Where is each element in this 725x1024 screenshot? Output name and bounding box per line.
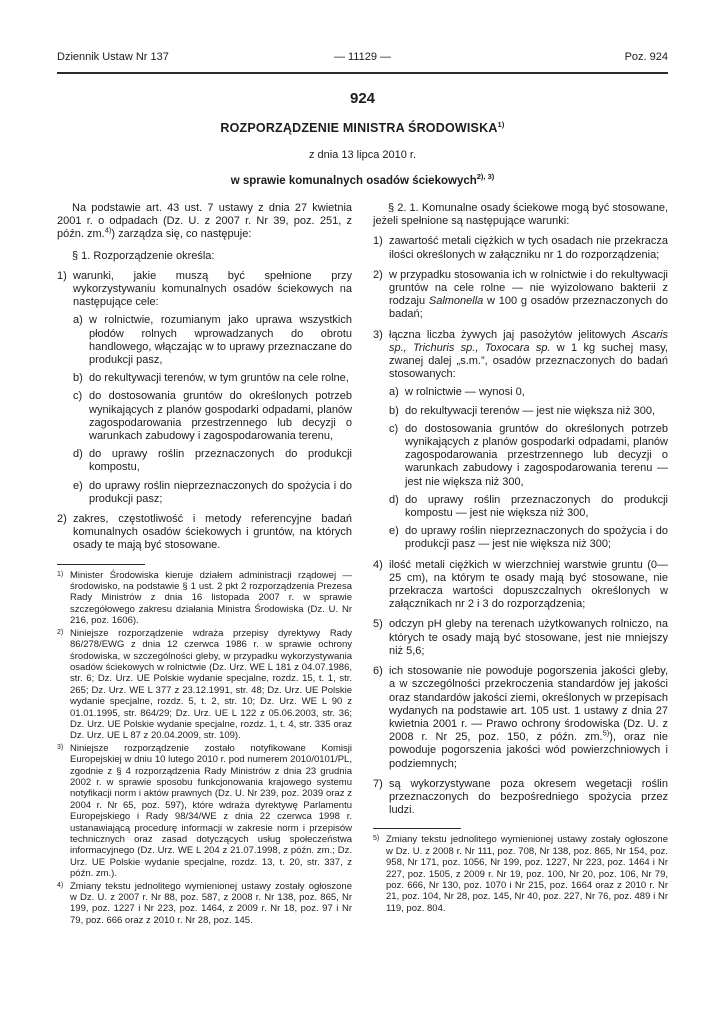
list-item-text: do dostosowania gruntów do określonych p…	[89, 390, 352, 443]
footnote-text: Niniejsze rozporządzenie zostało notyfik…	[70, 743, 352, 880]
list-marker: c)	[389, 423, 405, 489]
act-date: z dnia 13 lipca 2010 r.	[57, 149, 668, 161]
list-item-1c: c) do dostosowania gruntów do określonyc…	[73, 390, 352, 443]
list-item-text: w rolnictwie — wynosi 0,	[405, 386, 668, 399]
footnote-text: Zmiany tekstu jednolitego wymienionej us…	[70, 881, 352, 927]
list-item-text: warunki, jakie muszą być spełnione przy …	[73, 270, 352, 310]
footnote-text: Niniejsze rozporządzenie wdraża przepisy…	[70, 628, 352, 742]
condition-item-3a: a) w rolnictwie — wynosi 0,	[389, 386, 668, 399]
footnotes-right: 5) Zmiany tekstu jednolitego wymienionej…	[373, 828, 668, 914]
condition-item-3e: e) do uprawy roślin nieprzeznaczonych do…	[389, 525, 668, 551]
running-head: Dziennik Ustaw Nr 137 — 11129 — Poz. 924	[57, 51, 668, 64]
list-marker: 6)	[373, 665, 389, 771]
list-marker: 2)	[373, 269, 389, 322]
right-column: § 2. 1. Komunalne osady ściekowe mogą by…	[373, 202, 668, 914]
condition-item-6: 6) ich stosowanie nie powoduje pogorszen…	[373, 665, 668, 771]
footnote-5: 5) Zmiany tekstu jednolitego wymienionej…	[373, 834, 668, 914]
legal-basis-paragraph: Na podstawie art. 43 ust. 7 ustawy z dni…	[57, 202, 352, 242]
list-marker: b)	[389, 405, 405, 418]
document-page: Dziennik Ustaw Nr 137 — 11129 — Poz. 924…	[57, 0, 668, 926]
footnote-4: 4) Zmiany tekstu jednolitego wymienionej…	[57, 881, 352, 927]
footnote-1: 1) Minister Środowiska kieruje działem a…	[57, 570, 352, 627]
act-subject: w sprawie komunalnych osadów ściekowych2…	[57, 175, 668, 187]
list-marker: e)	[73, 480, 89, 506]
list-item-text: do uprawy roślin przeznaczonych do produ…	[89, 448, 352, 474]
list-item-1d: d) do uprawy roślin przeznaczonych do pr…	[73, 448, 352, 474]
page-number: — 11129 —	[334, 51, 391, 64]
condition-item-3d: d) do uprawy roślin przeznaczonych do pr…	[389, 494, 668, 520]
list-marker: 1)	[57, 270, 73, 310]
footnote-separator	[57, 564, 145, 565]
list-item-1b: b) do rekultywacji terenów, w tym gruntó…	[73, 372, 352, 385]
list-item-text: ich stosowanie nie powoduje pogorszenia …	[389, 665, 668, 771]
list-marker: 1)	[373, 235, 389, 261]
list-item-text: w rolnictwie, rozumianym jako uprawa wsz…	[89, 314, 352, 367]
list-item-text: do dostosowania gruntów do określonych p…	[405, 423, 668, 489]
list-marker: b)	[73, 372, 89, 385]
condition-item-3c: c) do dostosowania gruntów do określonyc…	[389, 423, 668, 489]
journal-name: Dziennik Ustaw Nr 137	[57, 51, 334, 64]
list-marker: 7)	[373, 778, 389, 818]
condition-item-2: 2) w przypadku stosowania ich w rolnictw…	[373, 269, 668, 322]
footnotes-left: 1) Minister Środowiska kieruje działem a…	[57, 564, 352, 927]
condition-item-3: 3) łączna liczba żywych jaj pasożytów je…	[373, 329, 668, 382]
list-marker: c)	[73, 390, 89, 443]
act-heading-footnote-ref: 1)	[498, 120, 505, 129]
list-item-1e: e) do uprawy roślin nieprzeznaczonych do…	[73, 480, 352, 506]
list-item-text: do rekultywacji terenów — jest nie więks…	[405, 405, 668, 418]
act-heading-text: ROZPORZĄDZENIE MINISTRA ŚRODOWISKA	[220, 121, 497, 135]
footnote-marker: 4)	[57, 880, 70, 926]
footnote-2: 2) Niniejsze rozporządzenie wdraża przep…	[57, 628, 352, 742]
act-heading: ROZPORZĄDZENIE MINISTRA ŚRODOWISKA1)	[57, 121, 668, 135]
left-column: Na podstawie art. 43 ust. 7 ustawy z dni…	[57, 202, 352, 926]
position-number: Poz. 924	[391, 51, 668, 64]
text-columns: Na podstawie art. 43 ust. 7 ustawy z dni…	[57, 202, 668, 926]
list-marker: d)	[389, 494, 405, 520]
list-item-1a: a) w rolnictwie, rozumianym jako uprawa …	[73, 314, 352, 367]
list-item-text: w przypadku stosowania ich w rolnictwie …	[389, 269, 668, 322]
list-item-text: zawartość metali ciężkich w tych osadach…	[389, 235, 668, 261]
footnote-marker: 3)	[57, 742, 70, 879]
list-item-text: do rekultywacji terenów, w tym gruntów n…	[89, 372, 352, 385]
list-item-2: 2) zakres, częstotliwość i metody refere…	[57, 513, 352, 553]
act-subject-text: w sprawie komunalnych osadów ściekowych	[231, 175, 477, 187]
list-marker: a)	[73, 314, 89, 367]
list-item-1: 1) warunki, jakie muszą być spełnione pr…	[57, 270, 352, 310]
list-item-text: są wykorzystywane poza okresem wegetacji…	[389, 778, 668, 818]
footnote-separator	[373, 828, 461, 829]
condition-item-4: 4) ilość metali ciężkich w wierzchniej w…	[373, 559, 668, 612]
list-marker: 2)	[57, 513, 73, 553]
header-rule	[57, 72, 668, 74]
section-2-heading: § 2. 1. Komunalne osady ściekowe mogą by…	[373, 202, 668, 228]
list-marker: 4)	[373, 559, 389, 612]
list-item-text: do uprawy roślin przeznaczonych do produ…	[405, 494, 668, 520]
list-marker: 3)	[373, 329, 389, 382]
act-number: 924	[57, 90, 668, 107]
act-subject-footnote-refs: 2), 3)	[477, 172, 495, 181]
list-item-text: do uprawy roślin nieprzeznaczonych do sp…	[89, 480, 352, 506]
footnote-3: 3) Niniejsze rozporządzenie zostało noty…	[57, 743, 352, 880]
list-marker: e)	[389, 525, 405, 551]
list-marker: a)	[389, 386, 405, 399]
footnote-text: Zmiany tekstu jednolitego wymienionej us…	[386, 834, 668, 914]
list-marker: d)	[73, 448, 89, 474]
section-1-heading: § 1. Rozporządzenie określa:	[57, 250, 352, 263]
footnote-marker: 2)	[57, 627, 70, 741]
list-item-text: łączna liczba żywych jaj pasożytów jelit…	[389, 329, 668, 382]
list-item-text: zakres, częstotliwość i metody referency…	[73, 513, 352, 553]
condition-item-5: 5) odczyn pH gleby na terenach użytkowan…	[373, 618, 668, 658]
list-item-text: do uprawy roślin nieprzeznaczonych do sp…	[405, 525, 668, 551]
footnote-marker: 5)	[373, 833, 386, 913]
condition-item-7: 7) są wykorzystywane poza okresem wegeta…	[373, 778, 668, 818]
list-marker: 5)	[373, 618, 389, 658]
condition-item-1: 1) zawartość metali ciężkich w tych osad…	[373, 235, 668, 261]
list-item-text: odczyn pH gleby na terenach użytkowanych…	[389, 618, 668, 658]
footnote-text: Minister Środowiska kieruje działem admi…	[70, 570, 352, 627]
condition-item-3b: b) do rekultywacji terenów — jest nie wi…	[389, 405, 668, 418]
list-item-text: ilość metali ciężkich w wierzchniej wars…	[389, 559, 668, 612]
footnote-marker: 1)	[57, 569, 70, 626]
